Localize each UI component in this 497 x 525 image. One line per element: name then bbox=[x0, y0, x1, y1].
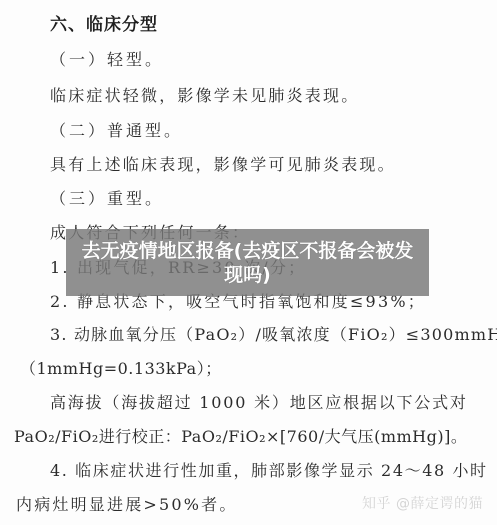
subsection-mild-body: 临床症状轻微，影像学未见肺炎表现。 bbox=[50, 86, 359, 106]
subsection-mild-label: （一）轻型。 bbox=[50, 50, 164, 70]
subsection-common-label: （二）普通型。 bbox=[50, 121, 183, 141]
high-altitude-note: 高海拔（海拔超过 1000 米）地区应根据以下公式对 bbox=[50, 393, 468, 413]
severe-criterion-4-continued: 内病灶明显进展>50%者。 bbox=[16, 495, 238, 515]
severe-criterion-4: 4. 临床症状进行性加重，肺部影像学显示 24～48 小时 bbox=[50, 461, 488, 481]
subsection-severe-label: （三）重型。 bbox=[50, 189, 164, 209]
title-overlay-banner: 去无疫情地区报备(去疫区不报备会被发现吗) bbox=[66, 229, 429, 296]
severe-criterion-3-unit-note: （1mmHg=0.133kPa）； bbox=[20, 359, 222, 379]
section-heading: 六、临床分型 bbox=[50, 15, 158, 35]
document-page: 六、临床分型 （一）轻型。 临床症状轻微，影像学未见肺炎表现。 （二）普通型。 … bbox=[0, 0, 497, 525]
severe-criterion-3: 3. 动脉血氧分压（PaO₂）/吸氧浓度（FiO₂）≤300mmHg bbox=[50, 325, 497, 345]
overlay-title: 去无疫情地区报备(去疫区不报备会被发现吗) bbox=[66, 239, 429, 287]
subsection-common-body: 具有上述临床表现，影像学可见肺炎表现。 bbox=[50, 155, 396, 175]
zhihu-watermark: 知乎 @薛定谔的猫 bbox=[362, 493, 483, 513]
high-altitude-formula: PaO₂/FiO₂进行校正：PaO₂/FiO₂×[760/大气压(mmHg)]。 bbox=[14, 427, 467, 447]
